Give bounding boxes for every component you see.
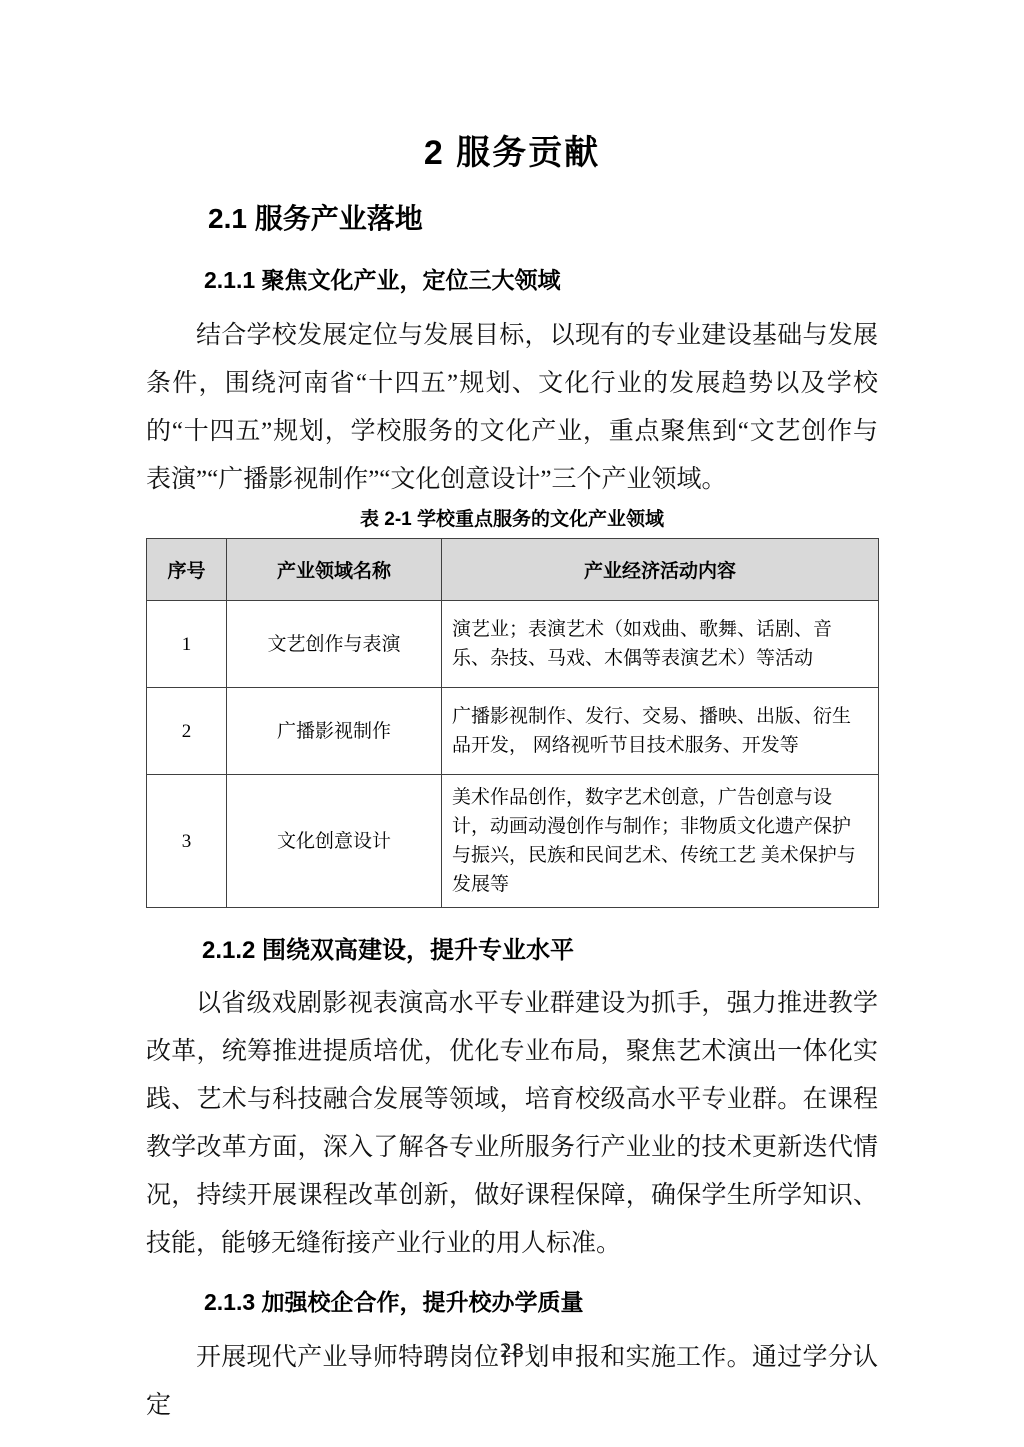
- subsection-heading-2-1-2: 2.1.2 围绕双高建设，提升专业水平: [146, 934, 878, 968]
- chapter-title: 2 服务贡献: [146, 130, 878, 176]
- column-header-name: 产业领域名称: [227, 539, 442, 601]
- row-index: 1: [147, 601, 227, 688]
- row-index: 3: [147, 775, 227, 908]
- industry-table: 序号 产业领域名称 产业经济活动内容 1 文艺创作与表演 演艺业；表演艺术（如戏…: [146, 538, 879, 908]
- table-row: 1 文艺创作与表演 演艺业；表演艺术（如戏曲、歌舞、话剧、音乐、杂技、马戏、木偶…: [147, 601, 879, 688]
- row-industry-name: 文化创意设计: [227, 775, 442, 908]
- table-header-row: 序号 产业领域名称 产业经济活动内容: [147, 539, 879, 601]
- page-content: 2 服务贡献 2.1 服务产业落地 2.1.1 聚焦文化产业，定位三大领域 结合…: [0, 0, 1024, 1430]
- row-industry-content: 广播影视制作、发行、交易、播映、出版、衍生品开发， 网络视听节目技术服务、开发等: [442, 688, 879, 775]
- page-number: 28: [0, 1340, 1024, 1362]
- row-industry-content: 美术作品创作，数字艺术创意，广告创意与设计，动画动漫创作与制作；非物质文化遗产保…: [442, 775, 879, 908]
- row-industry-content: 演艺业；表演艺术（如戏曲、歌舞、话剧、音乐、杂技、马戏、木偶等表演艺术）等活动: [442, 601, 879, 688]
- row-index: 2: [147, 688, 227, 775]
- table-row: 3 文化创意设计 美术作品创作，数字艺术创意，广告创意与设计，动画动漫创作与制作…: [147, 775, 879, 908]
- document-page: 2 服务贡献 2.1 服务产业落地 2.1.1 聚焦文化产业，定位三大领域 结合…: [0, 0, 1024, 1447]
- table-row: 2 广播影视制作 广播影视制作、发行、交易、播映、出版、衍生品开发， 网络视听节…: [147, 688, 879, 775]
- row-industry-name: 广播影视制作: [227, 688, 442, 775]
- row-industry-name: 文艺创作与表演: [227, 601, 442, 688]
- subsection-heading-2-1-1: 2.1.1 聚焦文化产业，定位三大领域: [146, 264, 878, 296]
- section-heading-2-1: 2.1 服务产业落地: [146, 200, 878, 238]
- paragraph-2-1-2: 以省级戏剧影视表演高水平专业群建设为抓手，强力推进教学改革，统筹推进提质培优，优…: [146, 980, 878, 1268]
- column-header-content: 产业经济活动内容: [442, 539, 879, 601]
- subsection-heading-2-1-3: 2.1.3 加强校企合作，提升校办学质量: [146, 1286, 878, 1318]
- paragraph-2-1-1: 结合学校发展定位与发展目标，以现有的专业建设基础与发展条件，围绕河南省“十四五”…: [146, 312, 878, 504]
- column-header-index: 序号: [147, 539, 227, 601]
- table-caption: 表 2-1 学校重点服务的文化产业领域: [146, 508, 878, 532]
